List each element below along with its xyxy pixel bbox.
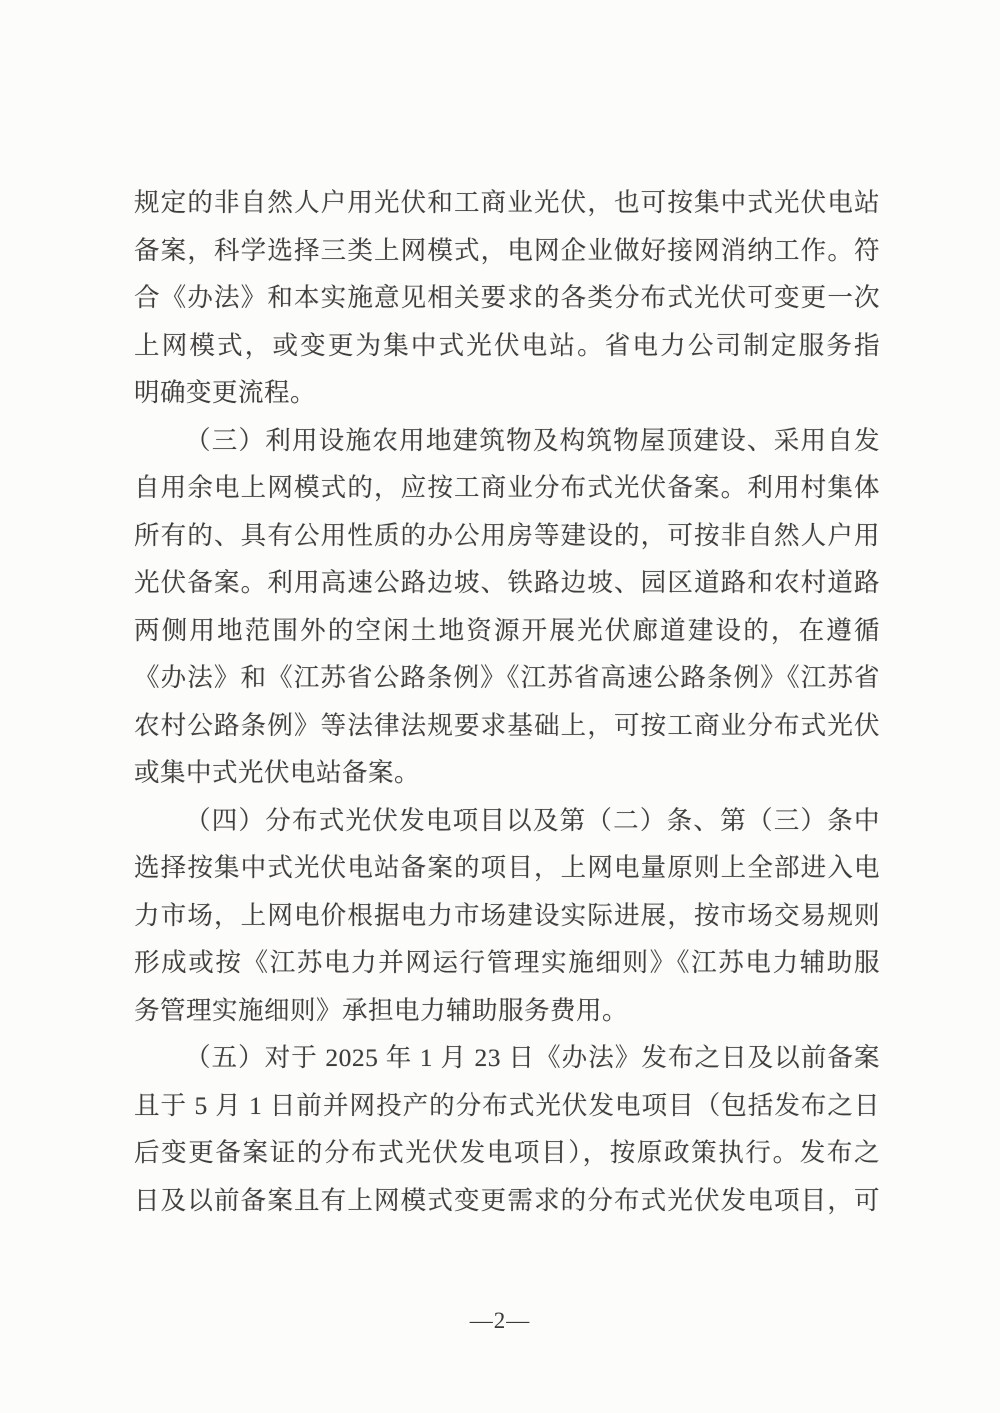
- text-line: 形成或按《江苏电力并网运行管理实施细则》《江苏电力辅助服: [134, 939, 880, 987]
- document-page: 规定的非自然人户用光伏和工商业光伏，也可按集中式光伏电站 备案，科学选择三类上网…: [0, 0, 1000, 1413]
- text-line: 日及以前备案且有上网模式变更需求的分布式光伏发电项目，可: [134, 1177, 880, 1225]
- document-body: 规定的非自然人户用光伏和工商业光伏，也可按集中式光伏电站 备案，科学选择三类上网…: [134, 179, 880, 1224]
- text-line: 务管理实施细则》承担电力辅助服务费用。: [134, 987, 880, 1035]
- text-line: 后变更备案证的分布式光伏发电项目），按原政策执行。发布之: [134, 1129, 880, 1177]
- text-line: 自用余电上网模式的，应按工商业分布式光伏备案。利用村集体: [134, 464, 880, 512]
- text-line: 合《办法》和本实施意见相关要求的各类分布式光伏可变更一次: [134, 274, 880, 322]
- text-line: 规定的非自然人户用光伏和工商业光伏，也可按集中式光伏电站: [134, 179, 880, 227]
- text-line-section-5-start: （五）对于 2025 年 1 月 23 日《办法》发布之日及以前备案: [134, 1034, 880, 1082]
- text-line-section-3-start: （三）利用设施农用地建筑物及构筑物屋顶建设、采用自发: [134, 417, 880, 465]
- text-line: 两侧用地范围外的空闲土地资源开展光伏廊道建设的，在遵循: [134, 607, 880, 655]
- text-line: 光伏备案。利用高速公路边坡、铁路边坡、园区道路和农村道路: [134, 559, 880, 607]
- text-line: 上网模式，或变更为集中式光伏电站。省电力公司制定服务指南，: [134, 322, 880, 370]
- text-line: 力市场，上网电价根据电力市场建设实际进展，按市场交易规则: [134, 892, 880, 940]
- text-line: 选择按集中式光伏电站备案的项目，上网电量原则上全部进入电: [134, 844, 880, 892]
- text-line: 备案，科学选择三类上网模式，电网企业做好接网消纳工作。符: [134, 227, 880, 275]
- text-line: 明确变更流程。: [134, 369, 880, 417]
- text-line: 且于 5 月 1 日前并网投产的分布式光伏发电项目（包括发布之日: [134, 1082, 880, 1130]
- text-line-section-4-start: （四）分布式光伏发电项目以及第（二）条、第（三）条中: [134, 797, 880, 845]
- text-line: 或集中式光伏电站备案。: [134, 749, 880, 797]
- text-line: 农村公路条例》等法律法规要求基础上，可按工商业分布式光伏: [134, 702, 880, 750]
- text-line: 所有的、具有公用性质的办公用房等建设的，可按非自然人户用: [134, 512, 880, 560]
- page-number: —2—: [0, 1303, 1000, 1339]
- text-line: 《办法》和《江苏省公路条例》《江苏省高速公路条例》《江苏省: [134, 654, 880, 702]
